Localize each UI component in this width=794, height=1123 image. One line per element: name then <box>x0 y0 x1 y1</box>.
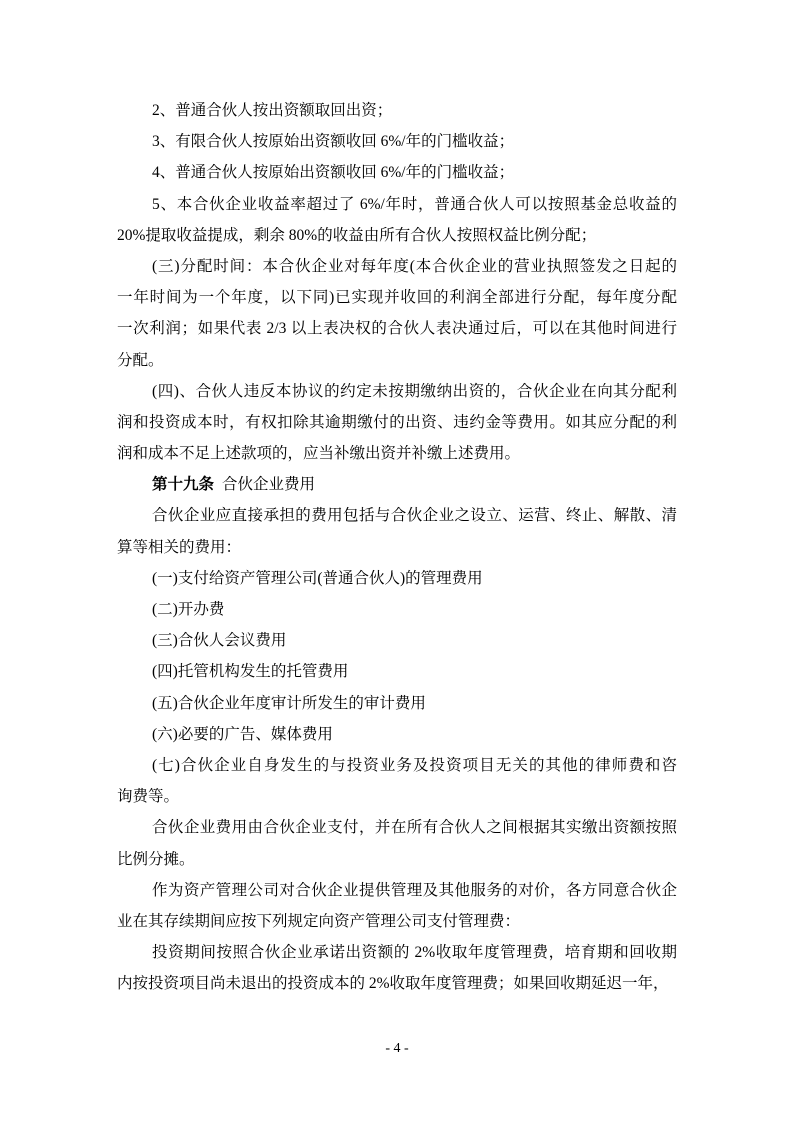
text-run: 4、普通合伙人按原始出资额收回 6%/年的门槛收益； <box>152 164 514 181</box>
body-paragraph: (七)合伙企业自身发生的与投资业务及投资项目无关的其他的律师费和咨询费等。 <box>117 750 677 812</box>
article-number: 第十九条 <box>152 476 222 493</box>
text-line: 投资期间按照合伙企业承诺出资额的 2%收取年度管理费，培育期和回收期 <box>117 937 677 968</box>
text-line: 20%提取收益提成，剩余 80%的收益由所有合伙人按照权益比例分配； <box>117 220 677 251</box>
body-paragraph: 2、普通合伙人按出资额取回出资； <box>117 95 677 126</box>
text-run: 内按投资项目尚未退出的投资成本的 2%收取年度管理费；如果回收期延迟一年， <box>117 975 669 992</box>
text-line: 一年时间为一个年度，以下同)已实现并收回的利润全部进行分配，每年度分配 <box>117 282 677 313</box>
text-line: 润和投资成本时，有权扣除其逾期缴付的出资、违约金等费用。如其应分配的利 <box>117 407 677 438</box>
text-line: 合伙企业费用由合伙企业支付，并在所有合伙人之间根据其实缴出资额按照 <box>117 812 677 843</box>
text-run: (五)合伙企业年度审计所发生的审计费用 <box>152 695 426 712</box>
body-paragraph: 3、有限合伙人按原始出资额收回 6%/年的门槛收益； <box>117 126 677 157</box>
text-run: 业在其存续期间应按下列规定向资产管理公司支付管理费： <box>117 913 520 930</box>
text-line: (三)分配时间：本合伙企业对每年度(本合伙企业的营业执照签发之日起的 <box>117 251 677 282</box>
text-line: (二)开办费 <box>117 594 677 625</box>
text-run: (七)合伙企业自身发生的与投资业务及投资项目无关的其他的律师费和咨 <box>152 757 677 774</box>
body-paragraph: (二)开办费 <box>117 594 677 625</box>
text-line: 内按投资项目尚未退出的投资成本的 2%收取年度管理费；如果回收期延迟一年， <box>117 968 677 999</box>
text-line: 4、普通合伙人按原始出资额收回 6%/年的门槛收益； <box>117 157 677 188</box>
text-line: (六)必要的广告、媒体费用 <box>117 719 677 750</box>
text-line: 润和成本不足上述款项的，应当补缴出资并补缴上述费用。 <box>117 438 677 469</box>
text-line: 第十九条合伙企业费用 <box>117 469 677 500</box>
text-run: 算等相关的费用： <box>117 539 241 556</box>
body-paragraph: (六)必要的广告、媒体费用 <box>117 719 677 750</box>
text-line: (七)合伙企业自身发生的与投资业务及投资项目无关的其他的律师费和咨 <box>117 750 677 781</box>
text-line: 业在其存续期间应按下列规定向资产管理公司支付管理费： <box>117 906 677 937</box>
text-run: 合伙企业费用由合伙企业支付，并在所有合伙人之间根据其实缴出资额按照 <box>152 819 677 836</box>
text-line: 3、有限合伙人按原始出资额收回 6%/年的门槛收益； <box>117 126 677 157</box>
text-run: 20%提取收益提成，剩余 80%的收益由所有合伙人按照权益比例分配； <box>117 227 596 244</box>
body-paragraph: (三)合伙人会议费用 <box>117 625 677 656</box>
text-run: 合伙企业应直接承担的费用包括与合伙企业之设立、运营、终止、解散、清 <box>152 507 677 524</box>
text-run: 投资期间按照合伙企业承诺出资额的 2%收取年度管理费，培育期和回收期 <box>152 944 677 961</box>
text-line: 5、本合伙企业收益率超过了 6%/年时，普通合伙人可以按照基金总收益的 <box>117 189 677 220</box>
text-run: (四)托管机构发生的托管费用 <box>152 663 348 680</box>
text-run: (四)、合伙人违反本协议的约定未按期缴纳出资的，合伙企业在向其分配利 <box>152 383 677 400</box>
text-run: (三)分配时间：本合伙企业对每年度(本合伙企业的营业执照签发之日起的 <box>152 258 677 275</box>
text-line: (三)合伙人会议费用 <box>117 625 677 656</box>
text-line: (一)支付给资产管理公司(普通合伙人)的管理费用 <box>117 563 677 594</box>
text-run: (六)必要的广告、媒体费用 <box>152 726 333 743</box>
text-line: 一次利润；如果代表 2/3 以上表决权的合伙人表决通过后，可以在其他时间进行 <box>117 313 677 344</box>
text-run: 询费等。 <box>117 788 179 805</box>
text-line: 算等相关的费用： <box>117 532 677 563</box>
body-paragraph: 5、本合伙企业收益率超过了 6%/年时，普通合伙人可以按照基金总收益的20%提取… <box>117 189 677 251</box>
text-line: (五)合伙企业年度审计所发生的审计费用 <box>117 688 677 719</box>
body-paragraph: 作为资产管理公司对合伙企业提供管理及其他服务的对价，各方同意合伙企业在其存续期间… <box>117 875 677 937</box>
text-line: (四)、合伙人违反本协议的约定未按期缴纳出资的，合伙企业在向其分配利 <box>117 376 677 407</box>
page: 2、普通合伙人按出资额取回出资；3、有限合伙人按原始出资额收回 6%/年的门槛收… <box>0 0 794 1123</box>
text-line: 比例分摊。 <box>117 844 677 875</box>
text-run: 润和成本不足上述款项的，应当补缴出资并补缴上述费用。 <box>117 445 520 462</box>
text-run: 3、有限合伙人按原始出资额收回 6%/年的门槛收益； <box>152 133 514 150</box>
text-run: (二)开办费 <box>152 601 224 618</box>
body-paragraph: 4、普通合伙人按原始出资额收回 6%/年的门槛收益； <box>117 157 677 188</box>
text-run: 一次利润；如果代表 2/3 以上表决权的合伙人表决通过后，可以在其他时间进行 <box>117 320 677 337</box>
body-paragraph: (四)托管机构发生的托管费用 <box>117 656 677 687</box>
text-run: 一年时间为一个年度，以下同)已实现并收回的利润全部进行分配，每年度分配 <box>117 289 677 306</box>
body-paragraph: (四)、合伙人违反本协议的约定未按期缴纳出资的，合伙企业在向其分配利润和投资成本… <box>117 376 677 470</box>
text-run: 润和投资成本时，有权扣除其逾期缴付的出资、违约金等费用。如其应分配的利 <box>117 414 677 431</box>
body-paragraph: 合伙企业应直接承担的费用包括与合伙企业之设立、运营、终止、解散、清算等相关的费用… <box>117 500 677 562</box>
text-line: (四)托管机构发生的托管费用 <box>117 656 677 687</box>
text-run: 5、本合伙企业收益率超过了 6%/年时，普通合伙人可以按照基金总收益的 <box>152 196 677 213</box>
text-run: 分配。 <box>117 352 164 369</box>
body-paragraph: (一)支付给资产管理公司(普通合伙人)的管理费用 <box>117 563 677 594</box>
text-run: 比例分摊。 <box>117 851 195 868</box>
text-run: 作为资产管理公司对合伙企业提供管理及其他服务的对价，各方同意合伙企 <box>152 882 677 899</box>
text-line: 2、普通合伙人按出资额取回出资； <box>117 95 677 126</box>
text-run: (三)合伙人会议费用 <box>152 632 286 649</box>
document-body: 2、普通合伙人按出资额取回出资；3、有限合伙人按原始出资额收回 6%/年的门槛收… <box>117 95 677 999</box>
body-paragraph: 合伙企业费用由合伙企业支付，并在所有合伙人之间根据其实缴出资额按照比例分摊。 <box>117 812 677 874</box>
body-paragraph: 投资期间按照合伙企业承诺出资额的 2%收取年度管理费，培育期和回收期内按投资项目… <box>117 937 677 999</box>
body-paragraph: (五)合伙企业年度审计所发生的审计费用 <box>117 688 677 719</box>
text-run: (一)支付给资产管理公司(普通合伙人)的管理费用 <box>152 570 483 587</box>
text-line: 合伙企业应直接承担的费用包括与合伙企业之设立、运营、终止、解散、清 <box>117 500 677 531</box>
section-heading-paragraph: 第十九条合伙企业费用 <box>117 469 677 500</box>
text-run: 合伙企业费用 <box>222 476 315 493</box>
page-number: - 4 - <box>0 1040 794 1058</box>
text-line: 分配。 <box>117 345 677 376</box>
text-line: 作为资产管理公司对合伙企业提供管理及其他服务的对价，各方同意合伙企 <box>117 875 677 906</box>
text-line: 询费等。 <box>117 781 677 812</box>
body-paragraph: (三)分配时间：本合伙企业对每年度(本合伙企业的营业执照签发之日起的一年时间为一… <box>117 251 677 376</box>
text-run: 2、普通合伙人按出资额取回出资； <box>152 102 392 119</box>
